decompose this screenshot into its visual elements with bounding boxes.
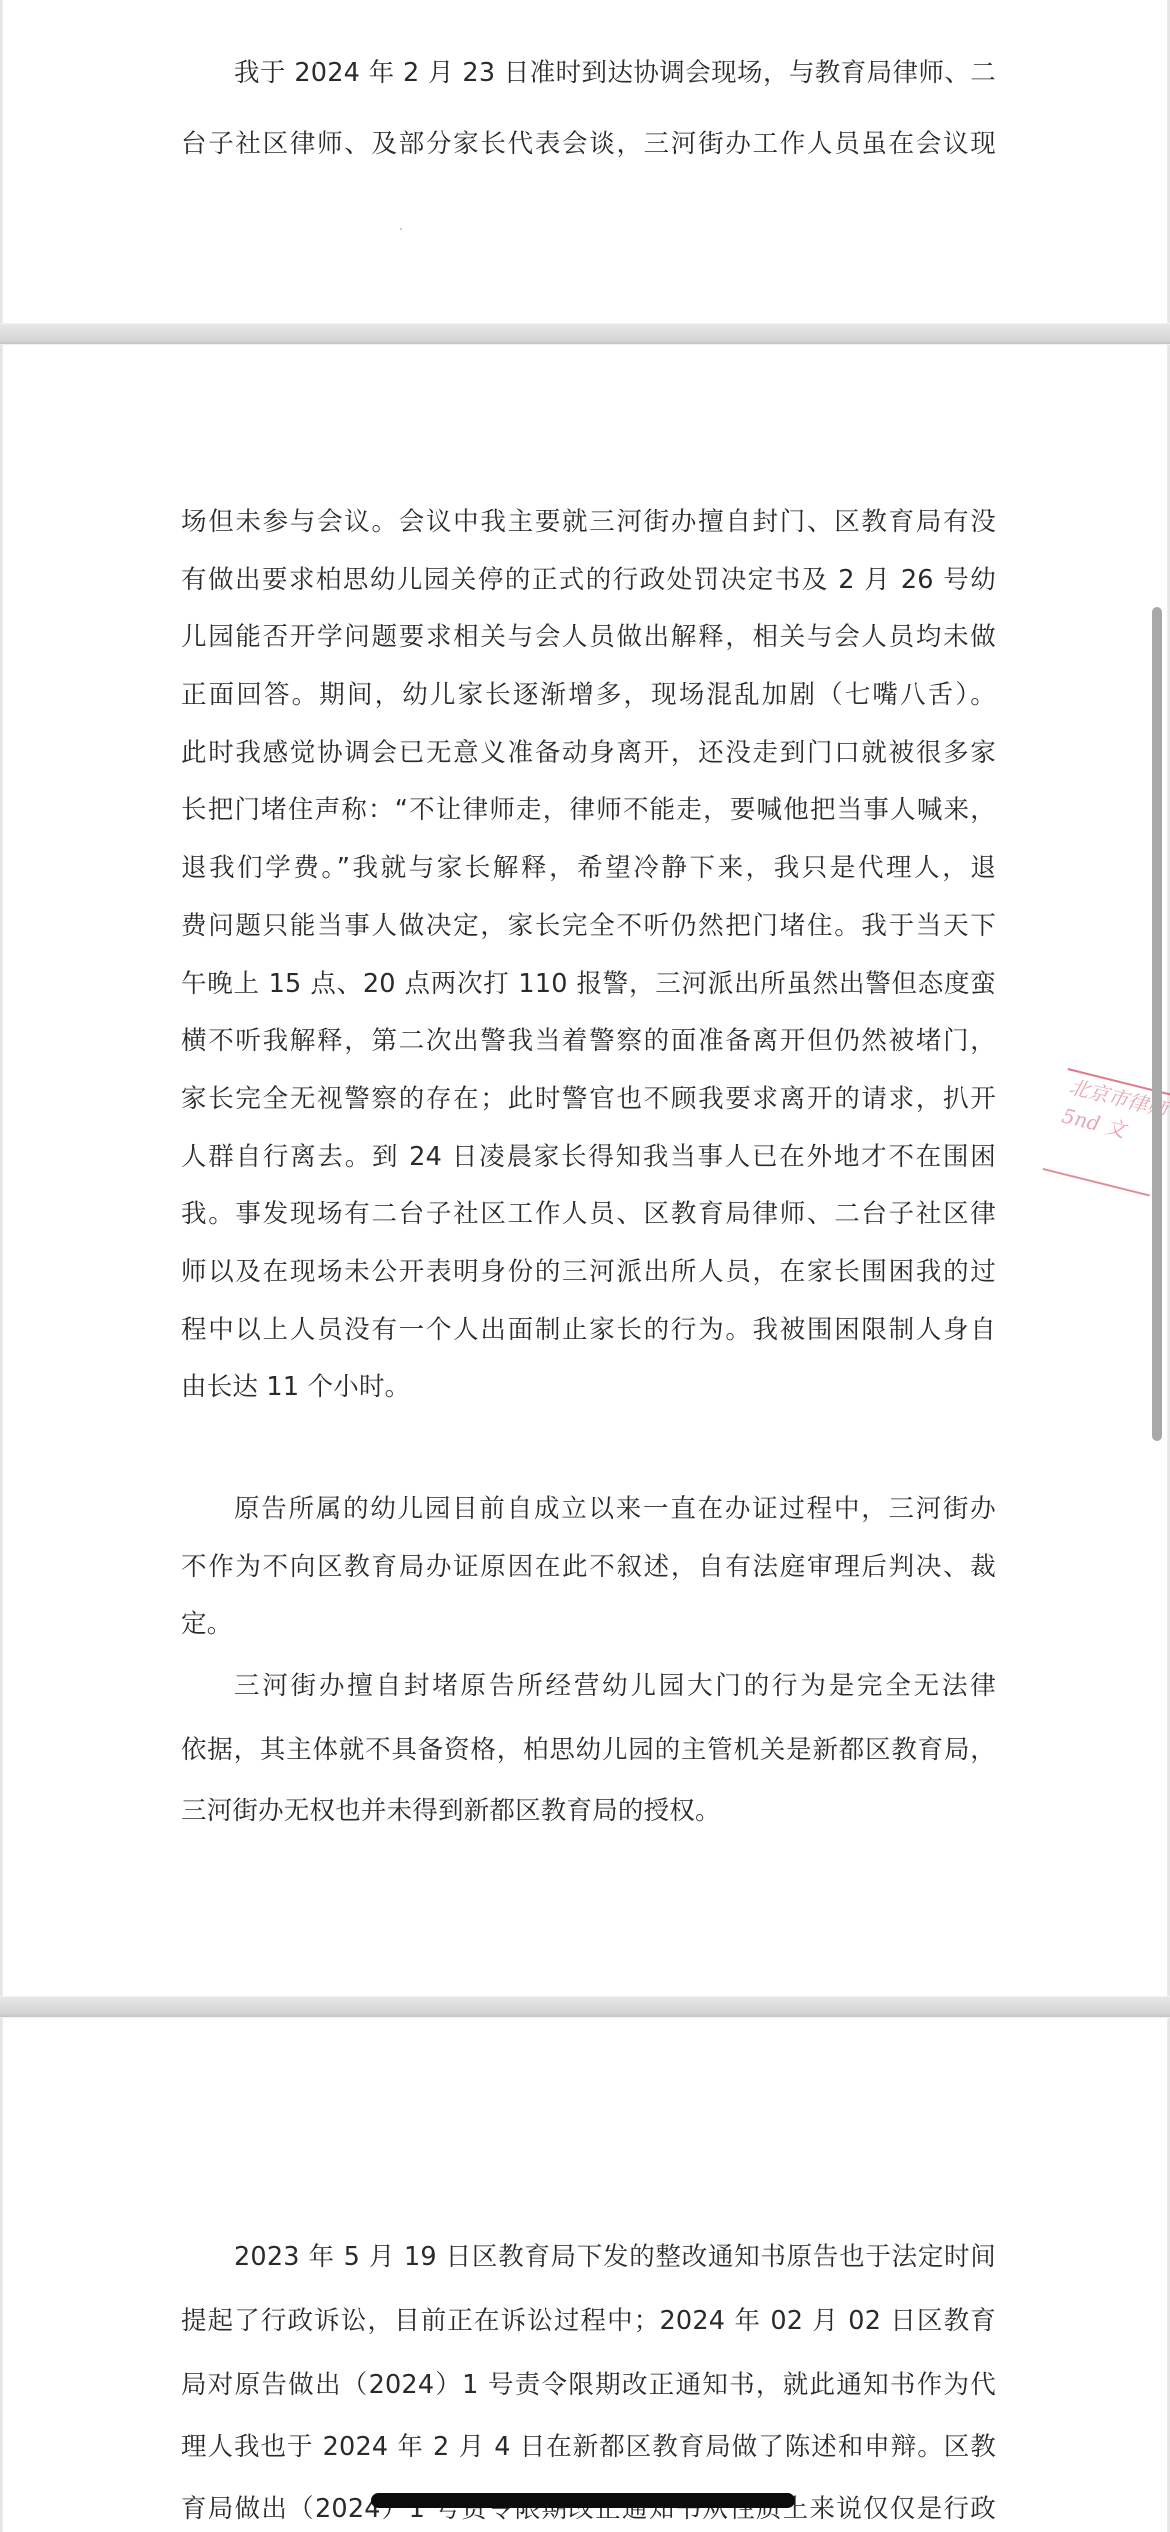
- paragraph-line: 依据，其主体就不具备资格，柏思幼儿园的主管机关是新都区教育局，: [181, 1735, 996, 1765]
- paragraph-line: 有做出要求柏思幼儿园关停的正式的行政处罚决定书及 2 月 26 号幼: [181, 565, 996, 595]
- paragraph-line: 师以及在现场未公开表明身份的三河派出所人员，在家长围困我的过: [181, 1257, 996, 1287]
- paragraph-line: 场但未参与会议。会议中我主要就三河街办擅自封门、区教育局有没: [181, 507, 996, 537]
- paragraph-line: 儿园能否开学问题要求相关与会人员做出解释，相关与会人员均未做: [181, 622, 996, 652]
- paragraph-line: 人群自行离去。到 24 日凌晨家长得知我当事人已在外地才不在围困: [181, 1142, 996, 1172]
- scrollbar-thumb[interactable]: [1152, 607, 1162, 1441]
- paragraph-line: 局对原告做出（2024）1 号责令限期改正通知书，就此通知书作为代: [181, 2370, 996, 2400]
- paragraph-line: 我于 2024 年 2 月 23 日准时到达协调会现场，与教育局律师、二: [234, 58, 996, 88]
- paragraph-line: 理人我也于 2024 年 2 月 4 日在新都区教育局做了陈述和申辩。区教: [181, 2432, 996, 2462]
- paragraph-line: 午晚上 15 点、20 点两次打 110 报警，三河派出所虽然出警但态度蛮: [181, 969, 996, 999]
- paragraph-line: 费问题只能当事人做决定，家长完全不听仍然把门堵住。我于当天下: [181, 911, 996, 941]
- paragraph-line: 家长完全无视警察的存在；此时警官也不顾我要求离开的请求，扒开: [181, 1084, 996, 1114]
- paragraph-line: 退我们学费。”我就与家长解释，希望冷静下来，我只是代理人，退: [181, 853, 996, 883]
- paragraph-line: 我。事发现场有二台子社区工作人员、区教育局律师、二台子社区律: [181, 1199, 996, 1229]
- scan-speck: [400, 228, 402, 230]
- paragraph-line: 台子社区律师、及部分家长代表会谈，三河街办工作人员虽在会议现: [181, 129, 996, 159]
- page-separator-1: [0, 323, 1170, 345]
- paragraph-line: 三河街办擅自封堵原告所经营幼儿园大门的行为是完全无法律: [234, 1671, 996, 1701]
- paragraph-line: 三河街办无权也并未得到新都区教育局的授权。: [181, 1796, 996, 1826]
- document-page-1: [2, 0, 1168, 324]
- paragraph-line: 由长达 11 个小时。: [181, 1372, 996, 1402]
- paragraph-line: 程中以上人员没有一个人出面制止家长的行为。我被围困限制人身自: [181, 1315, 996, 1345]
- paragraph-line: 原告所属的幼儿园目前自成立以来一直在办证过程中，三河街办: [234, 1494, 996, 1524]
- paragraph-line: 不作为不向区教育局办证原因在此不叙述，自有法庭审理后判决、裁: [181, 1552, 996, 1582]
- scan-speck: [315, 63, 317, 65]
- paragraph-line: 长把门堵住声称：“不让律师走，律师不能走，要喊他把当事人喊来，: [181, 795, 996, 825]
- paragraph-line: 横不听我解释，第二次出警我当着警察的面准备离开但仍然被堵门，: [181, 1026, 996, 1056]
- paragraph-line: 定。: [181, 1609, 996, 1639]
- paragraph-line: 提起了行政诉讼，目前正在诉讼过程中；2024 年 02 月 02 日区教育: [181, 2306, 996, 2336]
- page-separator-2: [0, 1996, 1170, 2018]
- paragraph-line: 正面回答。期间，幼儿家长逐渐增多，现场混乱加剧（七嘴八舌）。: [181, 680, 996, 710]
- paragraph-line: 2023 年 5 月 19 日区教育局下发的整改通知书原告也于法定时间: [234, 2242, 996, 2272]
- paragraph-line: 此时我感觉协调会已无意义准备动身离开，还没走到门口就被很多家: [181, 738, 996, 768]
- redaction-bar: [371, 2493, 795, 2508]
